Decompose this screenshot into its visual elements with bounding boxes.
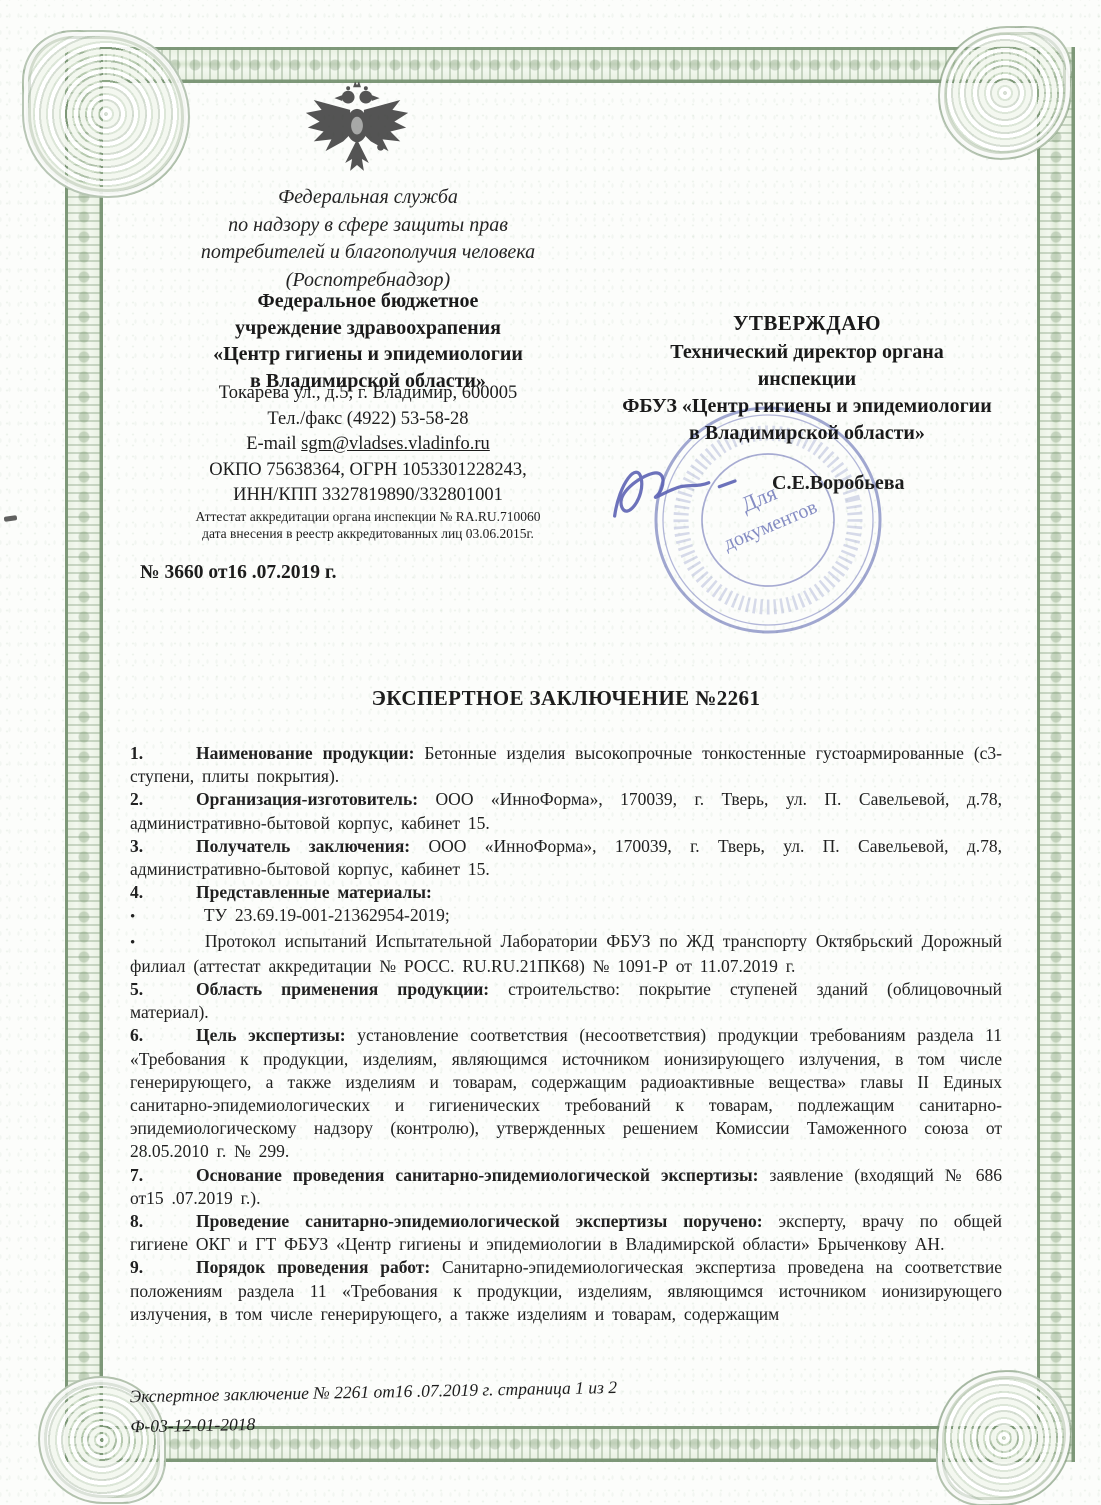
body-text: 1.Наименование продукции: Бетонные издел…	[130, 742, 1002, 1326]
email-line: E-mail sgm@vladses.vladinfo.ru	[128, 432, 608, 458]
item-label: Область применения продукции:	[196, 979, 489, 999]
item-label: Проведение санитарно-эпидемиологической …	[196, 1211, 763, 1231]
body-item: 1.Наименование продукции: Бетонные издел…	[130, 742, 1002, 788]
organization-name: Федеральное бюджетное учреждение здравоо…	[128, 288, 608, 394]
email-label: E-mail	[246, 434, 296, 454]
service-line: Федеральная служба	[128, 184, 608, 212]
body-item: 7.Основание проведения санитарно-эпидеми…	[130, 1164, 1002, 1210]
body-item: 8.Проведение санитарно-эпидемиологическо…	[130, 1210, 1002, 1256]
item-number: 4.	[130, 881, 196, 904]
document-number: № 3660 от16 .07.2019 г.	[140, 562, 336, 584]
item-number: 7.	[130, 1164, 196, 1187]
address-line: Токарева ул., д.5, г. Владимир, 600005	[128, 381, 608, 407]
item-text: Протокол испытаний Испытательной Лаборат…	[130, 931, 1002, 976]
item-label: Наименование продукции:	[196, 743, 414, 763]
body-item: 4.Представленные материалы:	[130, 881, 1002, 904]
organization-contacts: Токарева ул., д.5, г. Владимир, 600005 Т…	[128, 381, 608, 509]
item-number: 5.	[130, 978, 196, 1001]
accreditation-line: Аттестат аккредитации органа инспекции №…	[128, 509, 608, 526]
body-item: 2.Организация-изготовитель: ООО «ИнноФор…	[130, 788, 1002, 834]
item-label: Получатель заключения:	[196, 836, 410, 856]
item-label: Основание проведения санитарно-эпидемиол…	[196, 1165, 759, 1185]
item-number: 6.	[130, 1024, 196, 1047]
body-item: 3.Получатель заключения: ООО «ИнноФорма»…	[130, 835, 1002, 881]
accreditation-line: дата внесения в реестр аккредитованных л…	[128, 526, 608, 543]
signer-name: С.Е.Воробьева	[772, 472, 905, 495]
bullet-marker: •	[130, 932, 196, 955]
item-number: 3.	[130, 835, 196, 858]
org-line: учреждение здравоохрапения	[128, 315, 608, 342]
body-item: 5.Область применения продукции: строител…	[130, 978, 1002, 1024]
item-number: 9.	[130, 1256, 196, 1279]
bullet-marker: •	[130, 906, 196, 929]
border-band-right	[1037, 47, 1075, 1462]
approval-line: Технический директор органа	[600, 339, 1014, 366]
org-line: «Центр гигиены и эпидемиологии	[128, 341, 608, 368]
item-number: 1.	[130, 742, 196, 765]
border-band-top	[65, 47, 1075, 83]
coat-of-arms-eagle-icon	[298, 80, 416, 184]
federal-service-name: Федеральная служба по надзору в сфере за…	[128, 184, 608, 294]
border-band-left	[65, 47, 103, 1462]
item-label: Порядок проведения работ:	[196, 1257, 430, 1277]
corner-ornament-bottom-right	[936, 1370, 1072, 1505]
body-item: • Протокол испытаний Испытательной Лабор…	[130, 930, 1002, 978]
item-text: установление соответствия (несоответстви…	[130, 1025, 1002, 1161]
item-number: 2.	[130, 788, 196, 811]
org-line: Федеральное бюджетное	[128, 288, 608, 315]
scan-artifact-mark	[4, 515, 18, 522]
corner-ornament-top-left	[22, 30, 190, 198]
body-item: • ТУ 23.69.19-001-21362954-2019;	[130, 904, 1002, 929]
phone-line: Тел./факс (4922) 53-58-28	[128, 407, 608, 433]
body-item: 9.Порядок проведения работ: Санитарно-эп…	[130, 1256, 1002, 1326]
certificate-page: Федеральная служба по надзору в сфере за…	[0, 0, 1101, 1505]
body-item: 6.Цель экспертизы: установление соответс…	[130, 1024, 1002, 1163]
service-line: потребителей и благополучия человека	[128, 239, 608, 267]
codes-line: ИНН/КПП 3327819890/332801001	[128, 483, 608, 509]
accreditation-note: Аттестат аккредитации органа инспекции №…	[128, 509, 608, 542]
item-label: Цель экспертизы:	[196, 1025, 346, 1045]
service-line: по надзору в сфере защиты прав	[128, 212, 608, 240]
item-label: Представленные материалы:	[196, 882, 432, 902]
document-title: ЭКСПЕРТНОЕ ЗАКЛЮЧЕНИЕ №2261	[130, 686, 1002, 711]
item-label: Организация-изготовитель:	[196, 789, 418, 809]
item-number: 8.	[130, 1210, 196, 1233]
item-text: ТУ 23.69.19-001-21362954-2019;	[204, 905, 450, 925]
approval-title: УТВЕРЖДАЮ	[600, 310, 1014, 337]
codes-line: ОКПО 75638364, ОГРН 1053301228243,	[128, 458, 608, 484]
email-address: sgm@vladses.vladinfo.ru	[301, 434, 490, 454]
